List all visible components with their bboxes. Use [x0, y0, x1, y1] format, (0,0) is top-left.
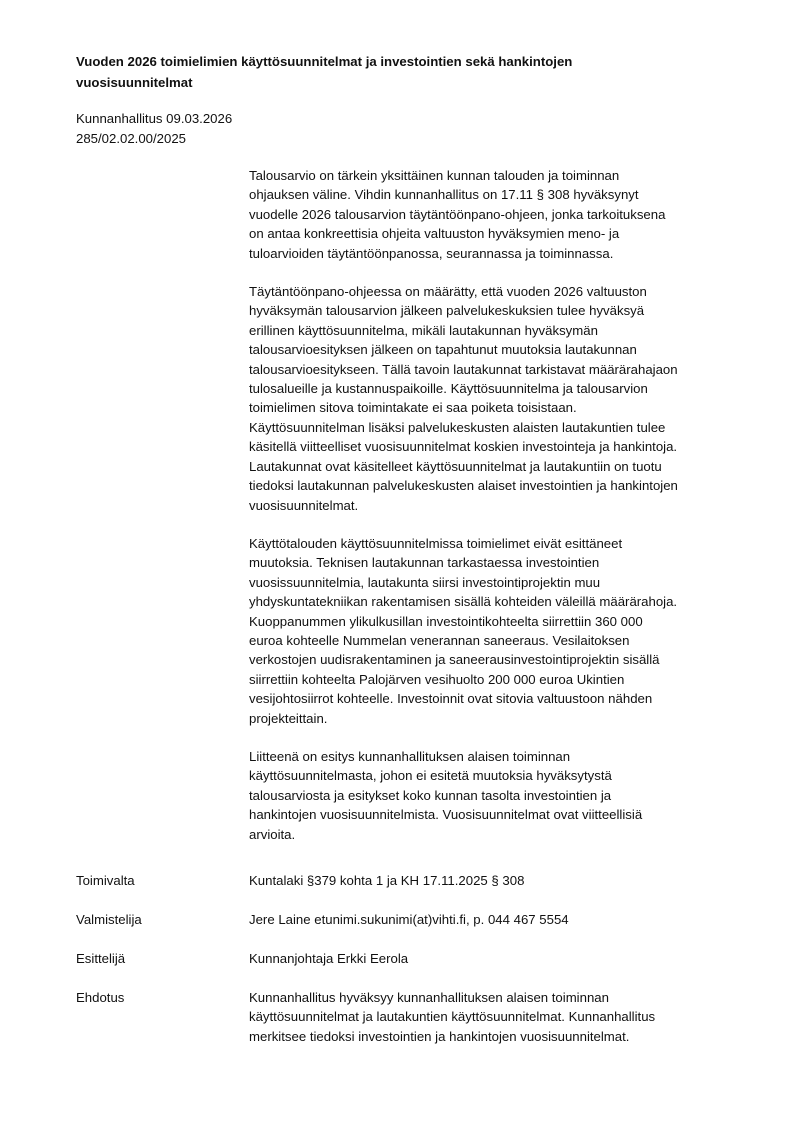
paragraph-line: tiedoksi lautakunnan palvelukeskusten al… [249, 476, 749, 495]
paragraph-line: erillinen käyttösuunnitelma, mikäli laut… [249, 321, 749, 340]
paragraph-line: yhdyskuntatekniikan rakentamisen sisällä… [249, 592, 749, 611]
field-label: Esittelijä [76, 949, 125, 968]
paragraph-line: hyväksymän talousarvion jälkeen palveluk… [249, 301, 749, 320]
field-value-line: Kunnanjohtaja Erkki Eerola [249, 949, 749, 968]
document-meta: Kunnanhallitus 09.03.2026 285/02.02.00/2… [76, 109, 232, 149]
paragraph-line: vuosisuunnitelmat. [249, 496, 749, 515]
paragraph-line: vuosissuunnitelmia, lautakunta siirsi in… [249, 573, 749, 592]
title-line: vuosisuunnitelmat [76, 72, 696, 93]
field-value-line: Kuntalaki §379 kohta 1 ja KH 17.11.2025 … [249, 871, 749, 890]
paragraph-line: muutoksia. Teknisen lautakunnan tarkasta… [249, 553, 749, 572]
paragraph-line: Talousarvio on tärkein yksittäinen kunna… [249, 166, 749, 185]
paragraph-line: talousarvioesityksen jälkeen on tapahtun… [249, 340, 749, 359]
field-value: Jere Laine etunimi.sukunimi(at)vihti.fi,… [249, 910, 749, 929]
field-label: Valmistelija [76, 910, 142, 929]
paragraph-line: talousarvioesitykseen. Tällä tavoin laut… [249, 360, 749, 379]
paragraph-line: projekteittain. [249, 709, 749, 728]
field-value: Kunnanhallitus hyväksyy kunnanhallitukse… [249, 988, 749, 1046]
paragraph-line: käsitellä viitteelliset vuosisuunnitelma… [249, 437, 749, 456]
paragraph-line: Käyttötalouden käyttösuunnitelmissa toim… [249, 534, 749, 553]
paragraph-line: hankintojen vuosisuunnitelmista. Vuosisu… [249, 805, 749, 824]
body-paragraph: Liitteenä on esitys kunnanhallituksen al… [249, 747, 749, 844]
meeting-date: Kunnanhallitus 09.03.2026 [76, 109, 232, 129]
paragraph-line: Kuoppanummen ylikulkusillan investointik… [249, 612, 749, 631]
paragraph-line: käyttösuunnitelmasta, johon ei esitetä m… [249, 766, 749, 785]
paragraph-line: verkostojen uudisrakentaminen ja saneera… [249, 650, 749, 669]
field-value-line: merkitsee tiedoksi investointien ja hank… [249, 1027, 749, 1046]
paragraph-line: ohjauksen väline. Vihdin kunnanhallitus … [249, 185, 749, 204]
paragraph-line: toimielimen sitova toimintakate ei saa p… [249, 398, 749, 417]
paragraph-line: Liitteenä on esitys kunnanhallituksen al… [249, 747, 749, 766]
paragraph-line: tuloarvioiden täytäntöönpanossa, seurann… [249, 244, 749, 263]
paragraph-line: Käyttösuunnitelman lisäksi palvelukeskus… [249, 418, 749, 437]
document-title: Vuoden 2026 toimielimien käyttösuunnitel… [76, 51, 696, 93]
document-body: Talousarvio on tärkein yksittäinen kunna… [249, 166, 749, 863]
paragraph-line: vuodelle 2026 talousarvion täytäntöönpan… [249, 205, 749, 224]
paragraph-line: Täytäntöönpano-ohjeessa on määrätty, ett… [249, 282, 749, 301]
field-value-line: Jere Laine etunimi.sukunimi(at)vihti.fi,… [249, 910, 749, 929]
paragraph-line: talousarviosta ja esitykset koko kunnan … [249, 786, 749, 805]
body-paragraph: Käyttötalouden käyttösuunnitelmissa toim… [249, 534, 749, 728]
field-value-line: Kunnanhallitus hyväksyy kunnanhallitukse… [249, 988, 749, 1007]
paragraph-line: arvioita. [249, 825, 749, 844]
body-paragraph: Talousarvio on tärkein yksittäinen kunna… [249, 166, 749, 263]
title-line: Vuoden 2026 toimielimien käyttösuunnitel… [76, 51, 696, 72]
field-value: Kunnanjohtaja Erkki Eerola [249, 949, 749, 968]
paragraph-line: vesijohtosiirrot kohteelle. Investoinnit… [249, 689, 749, 708]
paragraph-line: Lautakunnat ovat käsitelleet käyttösuunn… [249, 457, 749, 476]
paragraph-line: siirrettiin kohteelta Palojärven vesihuo… [249, 670, 749, 689]
paragraph-line: tulosalueille ja kustannuspaikoille. Käy… [249, 379, 749, 398]
field-label: Toimivalta [76, 871, 135, 890]
paragraph-line: on antaa konkreettisia ohjeita valtuusto… [249, 224, 749, 243]
field-label: Ehdotus [76, 988, 124, 1007]
record-number: 285/02.02.00/2025 [76, 129, 232, 149]
field-value-line: käyttösuunnitelmat ja lautakuntien käytt… [249, 1007, 749, 1026]
field-value: Kuntalaki §379 kohta 1 ja KH 17.11.2025 … [249, 871, 749, 890]
body-paragraph: Täytäntöönpano-ohjeessa on määrätty, ett… [249, 282, 749, 515]
paragraph-line: euroa kohteelle Nummelan venerannan sane… [249, 631, 749, 650]
